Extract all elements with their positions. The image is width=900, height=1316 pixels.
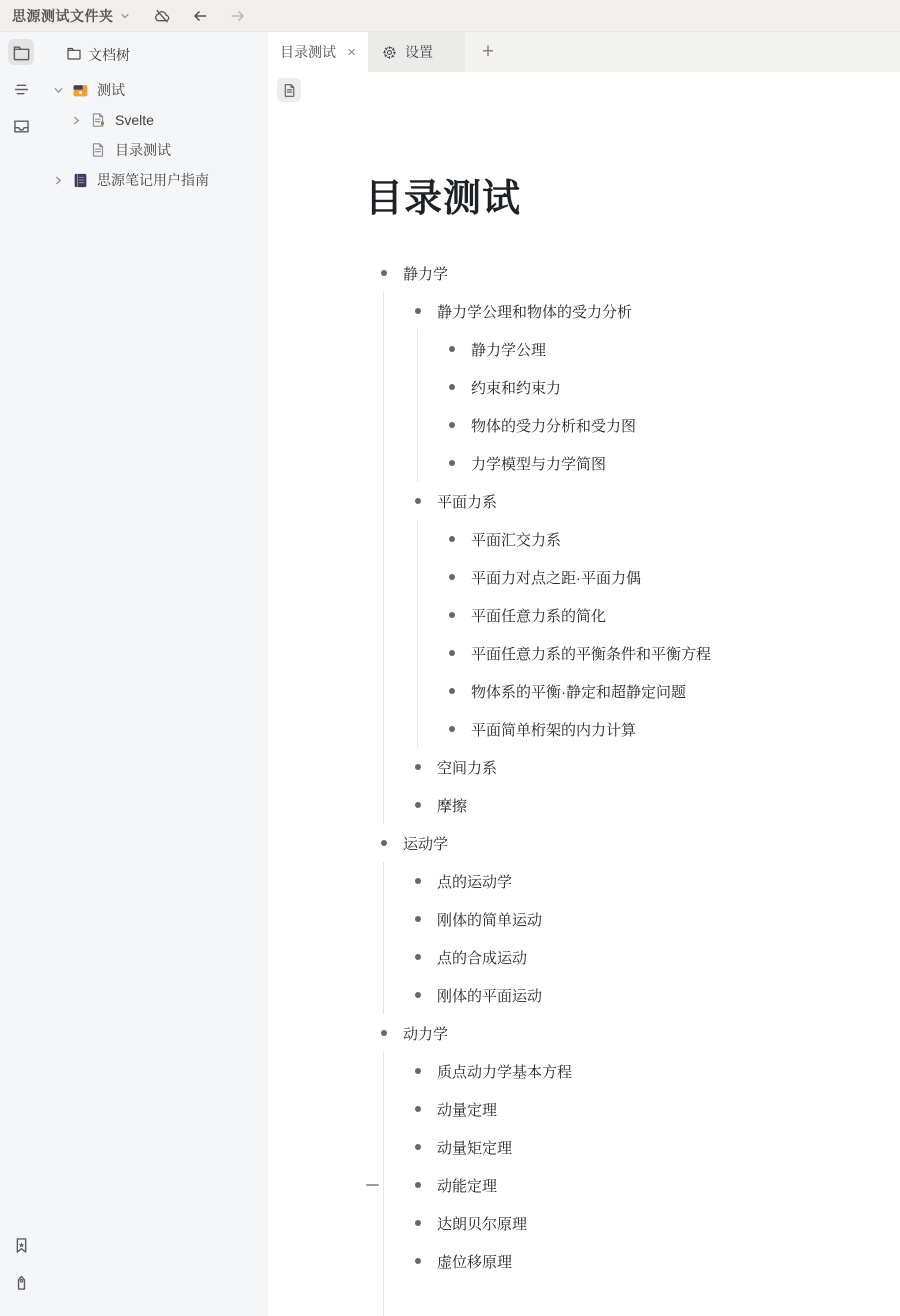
doc-icon[interactable]	[89, 141, 107, 159]
app-window: 思源测试文件夹 文档树 测试Svelte目	[0, 0, 900, 1316]
outline-item: 动力学质点动力学基本方程动量定理动量矩定理动能定理达朗贝尔原理虚位移原理	[381, 1014, 870, 1316]
outline-item-label[interactable]: 力学模型与力学简图	[471, 453, 606, 474]
outline-item-row[interactable]: 点的运动学	[415, 862, 870, 900]
outline-item-label[interactable]: 动能定理	[437, 1175, 497, 1196]
outline-item-row[interactable]: 动力学	[381, 1014, 870, 1052]
outline-item: 运动学点的运动学刚体的简单运动点的合成运动刚体的平面运动	[381, 824, 870, 1014]
outline-item-row[interactable]: 平面力系	[415, 482, 870, 520]
bullet-icon[interactable]	[415, 916, 421, 922]
bullet-icon[interactable]	[415, 1258, 421, 1264]
document-tree: 测试Svelte目录测试思源笔记用户指南	[42, 75, 268, 195]
outline-item: 力学模型与力学简图	[449, 444, 870, 482]
outline-item-row[interactable]: 动能定理	[415, 1166, 870, 1204]
outline-item-row[interactable]: 摩擦	[415, 786, 870, 824]
chevron-right-icon[interactable]	[50, 172, 66, 188]
outline-item-label[interactable]: 摩擦	[437, 795, 467, 816]
outline-item-label[interactable]: 平面力系	[437, 491, 497, 512]
bullet-icon[interactable]	[449, 384, 455, 390]
collapse-handle[interactable]	[366, 1184, 379, 1186]
outline-children: 平面汇交力系平面力对点之距·平面力偶平面任意力系的简化平面任意力系的平衡条件和平…	[417, 520, 870, 748]
tree-item-label: 测试	[97, 80, 125, 100]
bullet-icon[interactable]	[415, 802, 421, 808]
tree-item[interactable]: 思源笔记用户指南	[42, 165, 268, 195]
bullet-icon[interactable]	[415, 1106, 421, 1112]
chevron-down-icon[interactable]	[119, 10, 131, 22]
bullet-icon[interactable]	[381, 270, 387, 276]
outline-item-label[interactable]: 刚体的简单运动	[437, 909, 542, 930]
bullet-icon[interactable]	[449, 536, 455, 542]
bullet-icon[interactable]	[449, 574, 455, 580]
doc-flag-icon[interactable]	[89, 111, 107, 129]
outline-item: 点的合成运动	[415, 938, 870, 976]
folder-icon	[66, 45, 82, 66]
outline-item: 点的运动学	[415, 862, 870, 900]
bullet-icon[interactable]	[449, 460, 455, 466]
outline-item-label[interactable]: 平面简单桁架的内力计算	[471, 719, 636, 740]
inbox-icon[interactable]	[8, 113, 34, 139]
outline-item-row[interactable]: 物体的受力分析和受力图	[449, 406, 870, 444]
outline-children: 静力学公理和物体的受力分析静力学公理约束和约束力物体的受力分析和受力图力学模型与…	[383, 292, 870, 824]
bullet-icon[interactable]	[415, 878, 421, 884]
bullet-icon[interactable]	[415, 1144, 421, 1150]
outline-item-label[interactable]: 平面任意力系的平衡条件和平衡方程	[471, 643, 711, 664]
outline-item-label[interactable]: 物体的受力分析和受力图	[471, 415, 636, 436]
bullet-icon[interactable]	[449, 650, 455, 656]
outline-item-row[interactable]: 平面汇交力系	[449, 520, 870, 558]
outline-item: 平面任意力系的平衡条件和平衡方程	[449, 634, 870, 672]
outline-item-row[interactable]: 静力学公理	[449, 330, 870, 368]
outline-item-row[interactable]: 质点动力学基本方程	[415, 1052, 870, 1090]
chevron-down-icon[interactable]	[50, 82, 66, 98]
outline-item: 刚体的平面运动	[415, 976, 870, 1014]
breadcrumb	[277, 78, 870, 102]
file-tree-panel: 文档树 测试Svelte目录测试思源笔记用户指南	[42, 32, 268, 1316]
tab-bar: 目录测试 × 设置 +	[268, 32, 900, 72]
outline-item-row[interactable]: 平面简单桁架的内力计算	[449, 710, 870, 748]
outline-item: 平面任意力系的简化	[449, 596, 870, 634]
outline-item-row[interactable]: 刚体的平面运动	[415, 976, 870, 1014]
outline-item-label[interactable]: 静力学	[403, 263, 448, 284]
outline-item-label[interactable]: 运动学	[403, 833, 448, 854]
outline-item: 静力学静力学公理和物体的受力分析静力学公理约束和约束力物体的受力分析和受力图力学…	[381, 254, 870, 824]
tree-item[interactable]: Svelte	[42, 105, 268, 135]
outline-item: 平面汇交力系	[449, 520, 870, 558]
bullet-icon[interactable]	[449, 726, 455, 732]
tree-item[interactable]: 测试	[42, 75, 268, 105]
outline-item-label[interactable]: 动力学	[403, 1023, 448, 1044]
outline-icon[interactable]	[8, 76, 34, 102]
main-split: 文档树 测试Svelte目录测试思源笔记用户指南 目录测试 ×	[0, 32, 900, 1316]
back-icon[interactable]	[191, 7, 209, 25]
bullet-icon[interactable]	[449, 688, 455, 694]
document: 目录测试 静力学静力学公理和物体的受力分析静力学公理约束和约束力物体的受力分析和…	[277, 174, 870, 1316]
outline-item-label[interactable]: 空间力系	[437, 757, 497, 778]
outline-item-row[interactable]: 点的合成运动	[415, 938, 870, 976]
tab-settings[interactable]: 设置	[368, 32, 465, 72]
outline-item: 静力学公理和物体的受力分析静力学公理约束和约束力物体的受力分析和受力图力学模型与…	[415, 292, 870, 482]
outline-item-label[interactable]: 动量矩定理	[437, 1137, 512, 1158]
outline-item: 空间力系	[415, 748, 870, 786]
tab-doc[interactable]: 目录测试 ×	[268, 32, 368, 72]
outline-item-label[interactable]: 约束和约束力	[471, 377, 561, 398]
notebook-icon[interactable]	[71, 81, 89, 99]
outline-item-label[interactable]: 动量定理	[437, 1099, 497, 1120]
guide-icon[interactable]	[71, 171, 89, 189]
bullet-icon[interactable]	[415, 498, 421, 504]
outline-item-label[interactable]: 物体系的平衡·静定和超静定问题	[471, 681, 686, 702]
outline-item-row[interactable]: 平面任意力系的简化	[449, 596, 870, 634]
outline-item: 摩擦	[415, 786, 870, 824]
outline-item-row[interactable]: 平面力对点之距·平面力偶	[449, 558, 870, 596]
outline-item-label[interactable]: 质点动力学基本方程	[437, 1061, 572, 1082]
bullet-icon[interactable]	[415, 992, 421, 998]
outline-item: 虚位移原理	[415, 1242, 870, 1280]
bookmark-icon[interactable]	[8, 1232, 34, 1258]
bullet-icon[interactable]	[449, 422, 455, 428]
outline-item: 物体的受力分析和受力图	[449, 406, 870, 444]
bullet-icon[interactable]	[449, 612, 455, 618]
outline-item-row[interactable]: 动量矩定理	[415, 1128, 870, 1166]
tree-item[interactable]: 目录测试	[42, 135, 268, 165]
breadcrumb-doc-icon[interactable]	[277, 78, 301, 102]
outline-item: 物体系的平衡·静定和超静定问题	[449, 672, 870, 710]
tag-icon[interactable]	[8, 1269, 34, 1295]
tab-settings-label: 设置	[405, 42, 433, 62]
bullet-icon[interactable]	[381, 840, 387, 846]
outline-item: 动量矩定理	[415, 1128, 870, 1166]
outline-item-row[interactable]: 空间力系	[415, 748, 870, 786]
bullet-icon[interactable]	[381, 1030, 387, 1036]
file-tree-header: 文档树	[42, 41, 268, 69]
outline-item-label[interactable]: 平面任意力系的简化	[471, 605, 606, 626]
outline-item: 动能定理	[415, 1166, 870, 1204]
bullet-icon[interactable]	[415, 764, 421, 770]
outline-item-row[interactable]: 静力学	[381, 254, 870, 292]
outline-item: 平面力系平面汇交力系平面力对点之距·平面力偶平面任意力系的简化平面任意力系的平衡…	[415, 482, 870, 748]
chevron-placeholder	[68, 142, 84, 158]
outline-children: 点的运动学刚体的简单运动点的合成运动刚体的平面运动	[383, 862, 870, 1014]
dock-left	[0, 32, 42, 1316]
outline-item: 约束和约束力	[449, 368, 870, 406]
outline-item-row[interactable]: 静力学公理和物体的受力分析	[415, 292, 870, 330]
bullet-icon[interactable]	[415, 954, 421, 960]
bullet-icon[interactable]	[415, 1068, 421, 1074]
outline-item-row[interactable]: 刚体的简单运动	[415, 900, 870, 938]
outline-item: 达朗贝尔原理	[415, 1204, 870, 1242]
close-icon[interactable]: ×	[347, 45, 356, 60]
topbar: 思源测试文件夹	[0, 0, 900, 32]
outline-item-row[interactable]: 约束和约束力	[449, 368, 870, 406]
outline-item: 平面力对点之距·平面力偶	[449, 558, 870, 596]
page-title[interactable]: 目录测试	[365, 174, 870, 225]
gear-icon	[382, 45, 397, 60]
outline-item-row[interactable]: 平面任意力系的平衡条件和平衡方程	[449, 634, 870, 672]
tree-item-label: 思源笔记用户指南	[97, 170, 209, 190]
outline-item-label[interactable]: 刚体的平面运动	[437, 985, 542, 1006]
bullet-icon[interactable]	[415, 308, 421, 314]
outline-item-label[interactable]: 点的合成运动	[437, 947, 527, 968]
new-tab-button[interactable]: +	[465, 32, 511, 72]
tree-item-label: Svelte	[115, 112, 154, 128]
outline-item: 刚体的简单运动	[415, 900, 870, 938]
outline-item-label[interactable]: 静力学公理和物体的受力分析	[437, 301, 632, 322]
outline-list: 静力学静力学公理和物体的受力分析静力学公理约束和约束力物体的受力分析和受力图力学…	[365, 254, 870, 1316]
content-area: 目录测试 × 设置 +	[268, 32, 900, 1316]
sync-off-icon[interactable]	[153, 7, 171, 25]
outline-item-label[interactable]: 静力学公理	[471, 339, 546, 360]
bullet-icon[interactable]	[415, 1182, 421, 1188]
outline-item: 静力学公理	[449, 330, 870, 368]
chevron-right-icon[interactable]	[68, 112, 84, 128]
bullet-icon[interactable]	[449, 346, 455, 352]
outline-children: 质点动力学基本方程动量定理动量矩定理动能定理达朗贝尔原理虚位移原理	[383, 1052, 870, 1316]
outline-item: 质点动力学基本方程	[415, 1052, 870, 1090]
outline-item-row[interactable]: 力学模型与力学简图	[449, 444, 870, 482]
outline-item-label[interactable]: 平面汇交力系	[471, 529, 561, 550]
outline-item: 动量定理	[415, 1090, 870, 1128]
outline-item-row[interactable]: 物体系的平衡·静定和超静定问题	[449, 672, 870, 710]
forward-icon[interactable]	[229, 7, 247, 25]
outline-item-row[interactable]: 虚位移原理	[415, 1242, 870, 1280]
workspace-title[interactable]: 思源测试文件夹	[12, 6, 114, 26]
file-tree-icon[interactable]	[8, 39, 34, 65]
outline-item: 平面简单桁架的内力计算	[449, 710, 870, 748]
outline-children: 静力学公理约束和约束力物体的受力分析和受力图力学模型与力学简图	[417, 330, 870, 482]
tab-doc-label: 目录测试	[280, 42, 336, 62]
editor: 目录测试 静力学静力学公理和物体的受力分析静力学公理约束和约束力物体的受力分析和…	[268, 72, 900, 1316]
outline-item-label[interactable]: 平面力对点之距·平面力偶	[471, 567, 641, 588]
file-tree-title: 文档树	[88, 45, 130, 65]
outline-item-row[interactable]: 运动学	[381, 824, 870, 862]
outline-item-label[interactable]: 达朗贝尔原理	[437, 1213, 527, 1234]
tree-item-label: 目录测试	[115, 140, 171, 160]
outline-item-row[interactable]: 达朗贝尔原理	[415, 1204, 870, 1242]
outline-item-label[interactable]: 虚位移原理	[437, 1251, 512, 1272]
outline-item-label[interactable]: 点的运动学	[437, 871, 512, 892]
bullet-icon[interactable]	[415, 1220, 421, 1226]
outline-item-row[interactable]: 动量定理	[415, 1090, 870, 1128]
